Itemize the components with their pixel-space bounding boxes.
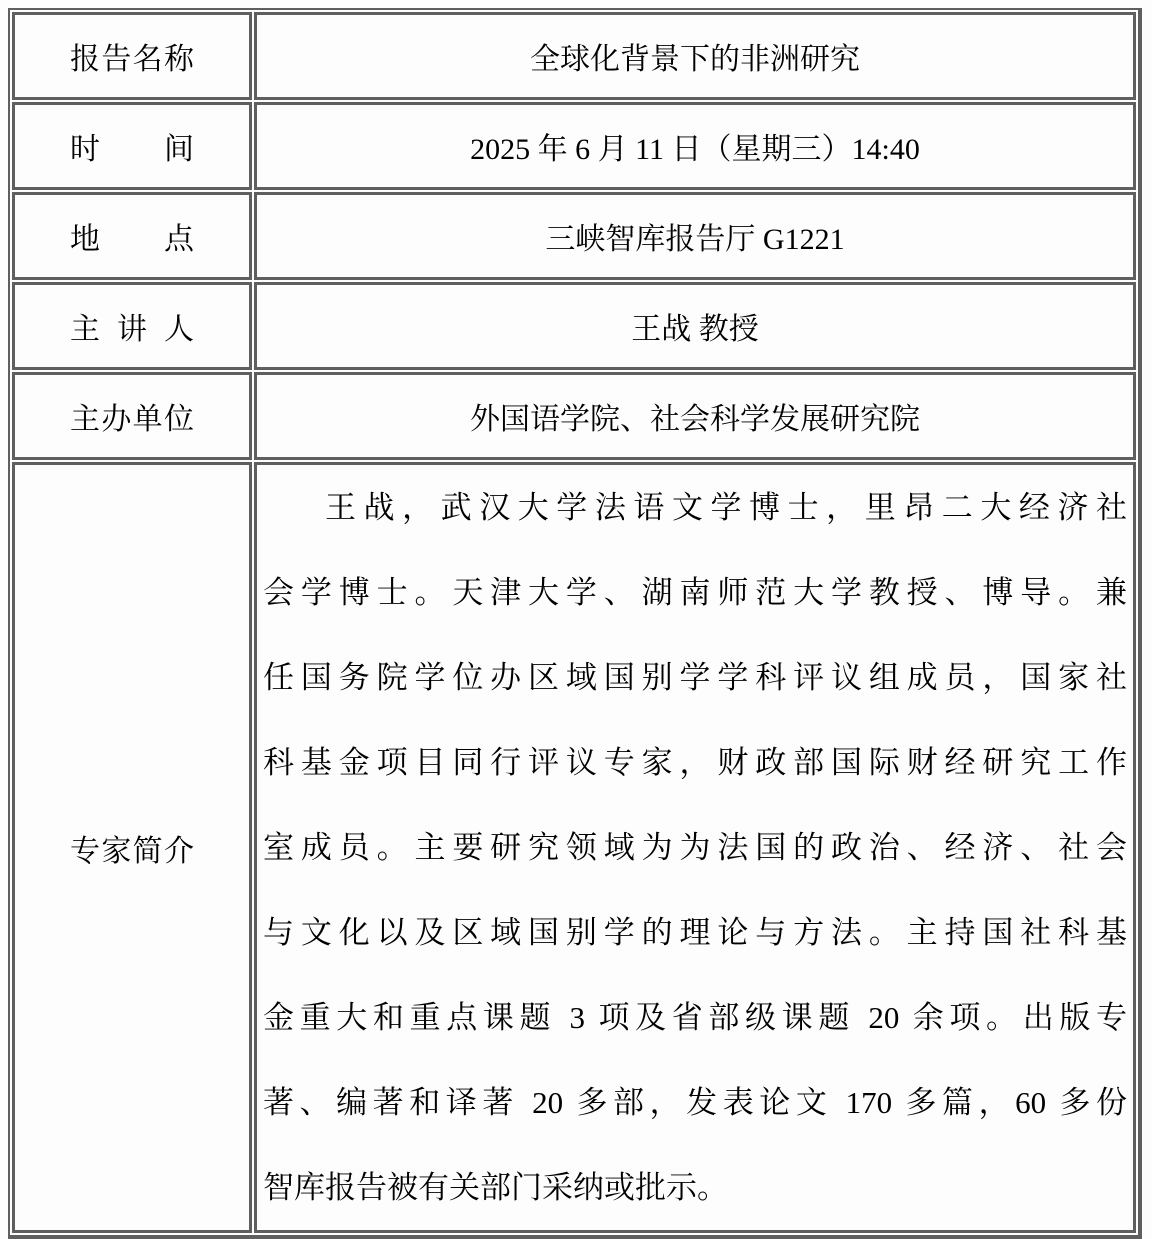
bio-label: 专家简介 (70, 826, 194, 870)
location-value: 三峡智库报告厅 G1221 (254, 192, 1136, 280)
bio-label-cell: 专家简介 (12, 462, 252, 1233)
bio-line: 著、编著和译著 20 多部，发表论文 170 多篇，60 多份 (263, 1060, 1127, 1145)
speaker-value: 王战 教授 (254, 282, 1136, 370)
row-speaker: 主讲人 王战 教授 (12, 282, 1136, 370)
report-name-label: 报告名称 (70, 34, 194, 78)
organizer-label-cell: 主办单位 (12, 372, 252, 460)
bio-line: 金重大和重点课题 3 项及省部级课题 20 余项。出版专 (263, 975, 1127, 1060)
row-expert-bio: 专家简介 王战，武汉大学法语文学博士，里昂二大经济社 会学博士。天津大学、湖南师… (12, 462, 1136, 1233)
speaker-label-cell: 主讲人 (12, 282, 252, 370)
row-report-name: 报告名称 全球化背景下的非洲研究 (12, 12, 1136, 100)
time-value: 2025 年 6 月 11 日（星期三）14:40 (254, 102, 1136, 190)
row-time: 时间 2025 年 6 月 11 日（星期三）14:40 (12, 102, 1136, 190)
report-name-value: 全球化背景下的非洲研究 (254, 12, 1136, 100)
lecture-info-table: 报告名称 全球化背景下的非洲研究 时间 2025 年 6 月 11 日（星期三）… (8, 8, 1142, 1239)
bio-line: 室成员。主要研究领域为为法国的政治、经济、社会 (263, 805, 1127, 890)
location-label: 地点 (70, 214, 194, 258)
bio-line: 王战，武汉大学法语文学博士，里昂二大经济社 (263, 465, 1127, 550)
time-label-cell: 时间 (12, 102, 252, 190)
row-location: 地点 三峡智库报告厅 G1221 (12, 192, 1136, 280)
lecture-announcement-page: 报告名称 全球化背景下的非洲研究 时间 2025 年 6 月 11 日（星期三）… (0, 0, 1152, 1233)
bio-value-cell: 王战，武汉大学法语文学博士，里昂二大经济社 会学博士。天津大学、湖南师范大学教授… (254, 462, 1136, 1233)
bio-line: 与文化以及区域国别学的理论与方法。主持国社科基 (263, 890, 1127, 975)
bio-line: 智库报告被有关部门采纳或批示。 (263, 1145, 1127, 1230)
organizer-value: 外国语学院、社会科学发展研究院 (254, 372, 1136, 460)
row-organizer: 主办单位 外国语学院、社会科学发展研究院 (12, 372, 1136, 460)
bio-line: 会学博士。天津大学、湖南师范大学教授、博导。兼 (263, 550, 1127, 635)
time-label: 时间 (70, 124, 194, 168)
bio-line: 科基金项目同行评议专家，财政部国际财经研究工作 (263, 720, 1127, 805)
location-label-cell: 地点 (12, 192, 252, 280)
report-name-label-cell: 报告名称 (12, 12, 252, 100)
bio-line: 任国务院学位办区域国别学学科评议组成员，国家社 (263, 635, 1127, 720)
speaker-label: 主讲人 (70, 304, 194, 348)
organizer-label: 主办单位 (70, 394, 194, 438)
